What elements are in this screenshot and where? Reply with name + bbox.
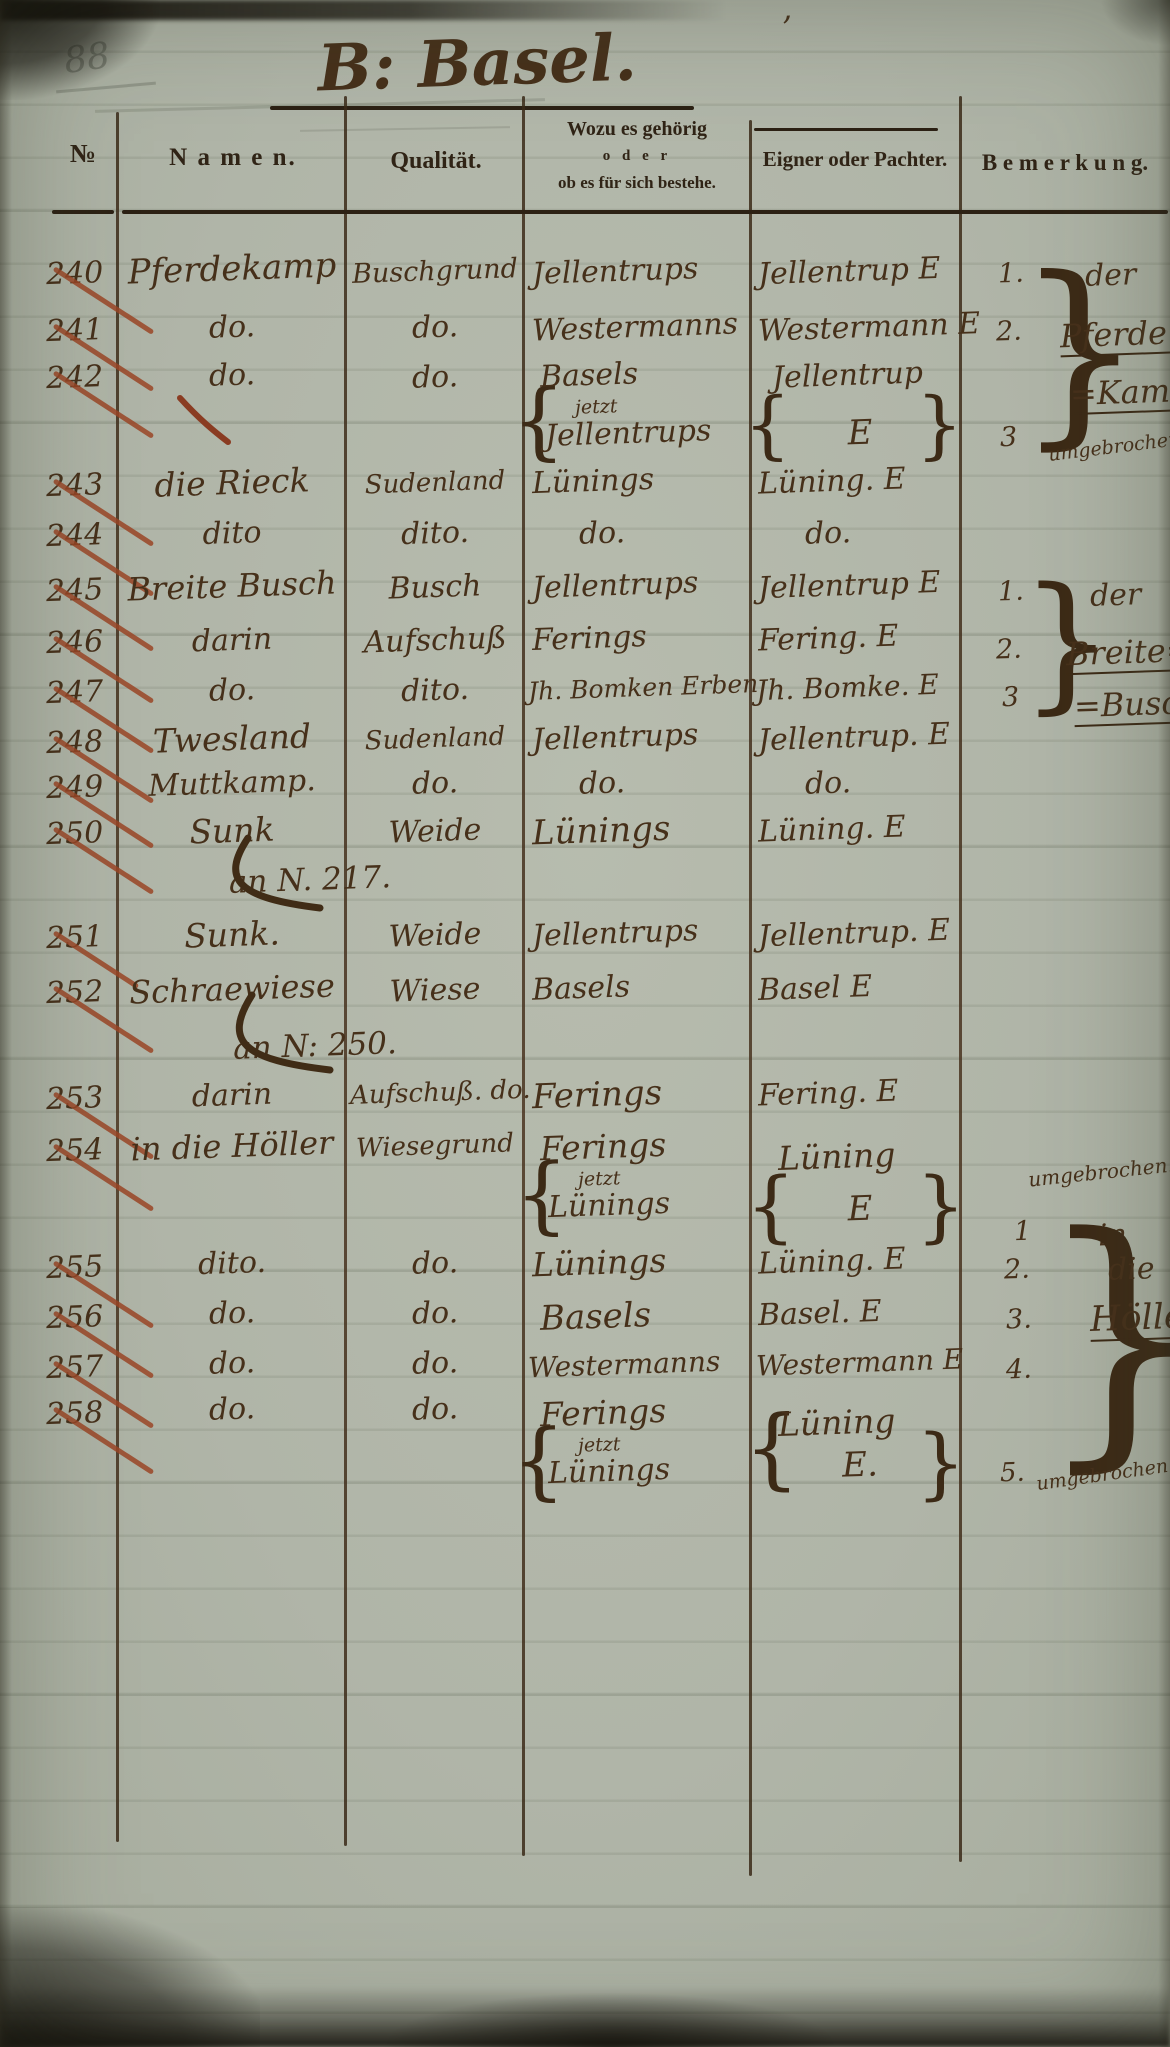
row-eigner: Fering. E	[757, 1076, 898, 1112]
row-name: do.	[122, 356, 343, 395]
row-eigner: Lüning. E	[757, 463, 906, 500]
remark-num: 2.	[1004, 1256, 1031, 1285]
row-eigner: Lüning. E	[757, 811, 906, 848]
eigner-brace-left: {	[744, 388, 791, 462]
remark-num: 3.	[1006, 1306, 1033, 1335]
row-name: in die Höller	[121, 1126, 342, 1167]
row-name: do.	[122, 1344, 343, 1383]
row-name: Sunk	[121, 810, 342, 852]
row-wozu: Jellentrups	[532, 567, 699, 604]
col-header-wozu-line2: o d e r	[526, 148, 748, 165]
col-header-eigner: Eigner oder Pachter.	[752, 148, 958, 171]
row-quality: do.	[350, 1391, 521, 1428]
rule-v5	[959, 96, 962, 1862]
row-wozu: Basels	[539, 1298, 651, 1338]
pencil-smear-2	[300, 126, 510, 132]
row-eigner: Jellentrup E	[758, 253, 941, 291]
row-name: dito.	[122, 1244, 343, 1283]
remark-num: 1	[1014, 1218, 1032, 1247]
col-header-qualitaet: Qualität.	[350, 148, 522, 174]
page-title: B: Basel.	[261, 23, 693, 105]
row-quality: Weide	[350, 917, 521, 954]
row-wozu: Jellentrups	[532, 719, 699, 756]
row-name: dito	[122, 514, 343, 553]
page-number: 88	[61, 35, 112, 82]
row-quality: Wiesegrund	[350, 1130, 521, 1163]
row-quality: Wiese	[350, 972, 521, 1009]
row-quality: do.	[350, 1345, 521, 1382]
row-wozu: Ferings	[539, 1394, 666, 1433]
transfer-note-250: an N: 250.	[185, 1025, 446, 1067]
row-name: Breite Busch	[121, 566, 342, 607]
row-eigner: do.	[757, 516, 898, 552]
eigner-brace-right: }	[916, 388, 963, 462]
row-quality: do.	[350, 359, 521, 396]
remark-num: 3	[1002, 684, 1020, 713]
remark-label: Breite=	[1065, 634, 1170, 675]
row-wozu: Ferings	[539, 1128, 666, 1167]
rule-v2	[344, 96, 347, 1846]
row-eigner-e: E	[819, 415, 900, 453]
row-quality: do.	[350, 765, 521, 802]
row-quality: Busch	[350, 569, 521, 606]
remark-label: =Kamp	[1069, 374, 1170, 415]
row-quality: Buschgrund	[350, 255, 521, 289]
col-header-namen: N a m e n.	[122, 144, 344, 172]
row-wozu: Lünings	[531, 464, 654, 500]
row-eigner: Basel. E	[757, 1296, 882, 1332]
edge-bottom-shadow	[0, 1987, 1170, 2047]
col-header-wozu-line3: ob es für sich bestehe.	[526, 174, 748, 193]
row-name: Twesland	[121, 718, 342, 760]
row-wozu-line2: Lünings	[547, 1188, 670, 1224]
row-quality: do.	[350, 1245, 521, 1282]
row-name: do.	[122, 1294, 343, 1333]
row-quality: Aufschuß	[350, 622, 521, 659]
row-eigner: Fering. E	[757, 621, 898, 657]
eigner-brace-right: }	[916, 1425, 966, 1503]
row-eigner: Basel E	[757, 971, 872, 1006]
ink-mark: ’	[781, 12, 792, 46]
row-name: Pferdekamp	[121, 248, 342, 291]
row-eigner: Westermann E	[758, 308, 981, 347]
row-wozu: Lünings	[531, 812, 671, 852]
transfer-note-217: an N. 217.	[180, 859, 441, 901]
title-underline	[270, 106, 694, 110]
row-name: darin	[122, 1076, 343, 1115]
row-eigner-e: E	[819, 1191, 900, 1229]
eigner-brace-left: {	[746, 1168, 796, 1246]
remark-label: der	[1089, 579, 1141, 612]
header-rule-left	[52, 210, 114, 214]
row-wozu-jetzt: jetzt	[575, 397, 618, 418]
row-quality: Aufschuß. do.	[350, 1077, 521, 1110]
row-name: Sunk.	[121, 914, 342, 956]
rule-v3	[522, 96, 525, 1856]
row-wozu: Basels	[539, 358, 638, 393]
row-name: Muttkamp.	[122, 764, 343, 803]
row-quality: Sudenland	[350, 723, 521, 756]
row-quality: do.	[350, 1295, 521, 1332]
row-eigner: Jellentrup	[771, 357, 923, 394]
remark-label: Pferde=	[1059, 316, 1170, 357]
edge-top-shadow	[0, 0, 1170, 20]
row-wozu: Ferings	[531, 1076, 662, 1116]
row-wozu: Jellentrups	[532, 915, 699, 952]
row-name: die Rieck	[121, 462, 342, 504]
header-rule-main	[122, 210, 1168, 214]
row-wozu-line2: Lünings	[547, 1454, 670, 1490]
edge-left-shadow	[0, 0, 12, 2047]
row-wozu: Basels	[531, 971, 630, 1006]
row-quality: do.	[350, 309, 521, 346]
row-wozu: Jh. Bomken Erben	[528, 671, 759, 705]
row-eigner: Lüning. E	[757, 1243, 906, 1280]
row-eigner: do.	[757, 766, 898, 802]
corner-bottom-left-shadow	[0, 1907, 260, 2047]
corner-top-right-shadow	[1100, 0, 1170, 46]
remark-num: 2.	[996, 636, 1023, 665]
register-page: 88 B: Basel. ’ № N a m e n. Qualität. Wo…	[0, 0, 1170, 2047]
row-wozu: Jellentrups	[532, 253, 699, 290]
row-eigner: Lüning	[777, 1404, 895, 1443]
blob-bottom-center-shadow	[380, 1992, 840, 2047]
row-name: darin	[122, 621, 343, 660]
row-wozu: do.	[531, 516, 672, 552]
row-eigner: Jh. Bomke. E	[756, 670, 940, 706]
remark-num: 4.	[1006, 1356, 1033, 1385]
remark-num: 5.	[1000, 1460, 1026, 1488]
remark-label: Höller	[1089, 1298, 1170, 1342]
row-wozu: Ferings	[531, 621, 647, 656]
row-eigner-e: E.	[819, 1447, 900, 1485]
col-header-wozu-line1: Wozu es gehörig	[526, 118, 748, 140]
row-quality: Weide	[350, 813, 521, 850]
edge-right-shadow	[1158, 0, 1170, 2047]
row-name: Schraewiese	[121, 969, 342, 1010]
remark-label: =Busch	[1073, 686, 1170, 727]
row-eigner: Jellentrup E	[758, 567, 941, 605]
row-wozu: Westermanns	[532, 308, 739, 347]
eigner-brace-right: }	[916, 1168, 966, 1246]
remark-label: die	[1107, 1253, 1155, 1286]
row-quality: Sudenland	[350, 467, 521, 500]
pencil-underline	[56, 82, 156, 94]
eigner-top-rule	[754, 128, 938, 131]
row-name: do.	[122, 1390, 343, 1429]
row-wozu: Westermanns	[528, 1347, 721, 1383]
row-wozu: Lünings	[531, 1244, 666, 1283]
col-header-bemerkung: B e m e r k u n g.	[962, 150, 1168, 175]
row-wozu-line2: Jellentrups	[545, 415, 712, 452]
col-header-no: №	[52, 140, 114, 169]
row-name: do.	[122, 671, 343, 710]
remark-num: 3	[1000, 424, 1018, 453]
row-quality: dito.	[350, 515, 521, 552]
row-name: do.	[122, 308, 343, 347]
ink-flourishes	[0, 0, 1170, 2047]
row-eigner: Jellentrup. E	[758, 915, 951, 953]
row-quality: dito.	[350, 672, 521, 709]
remark-label: der	[1084, 259, 1136, 292]
row-eigner: Jellentrup. E	[758, 719, 951, 757]
row-wozu: do.	[531, 766, 672, 802]
row-eigner: Westermann E	[756, 1344, 964, 1381]
